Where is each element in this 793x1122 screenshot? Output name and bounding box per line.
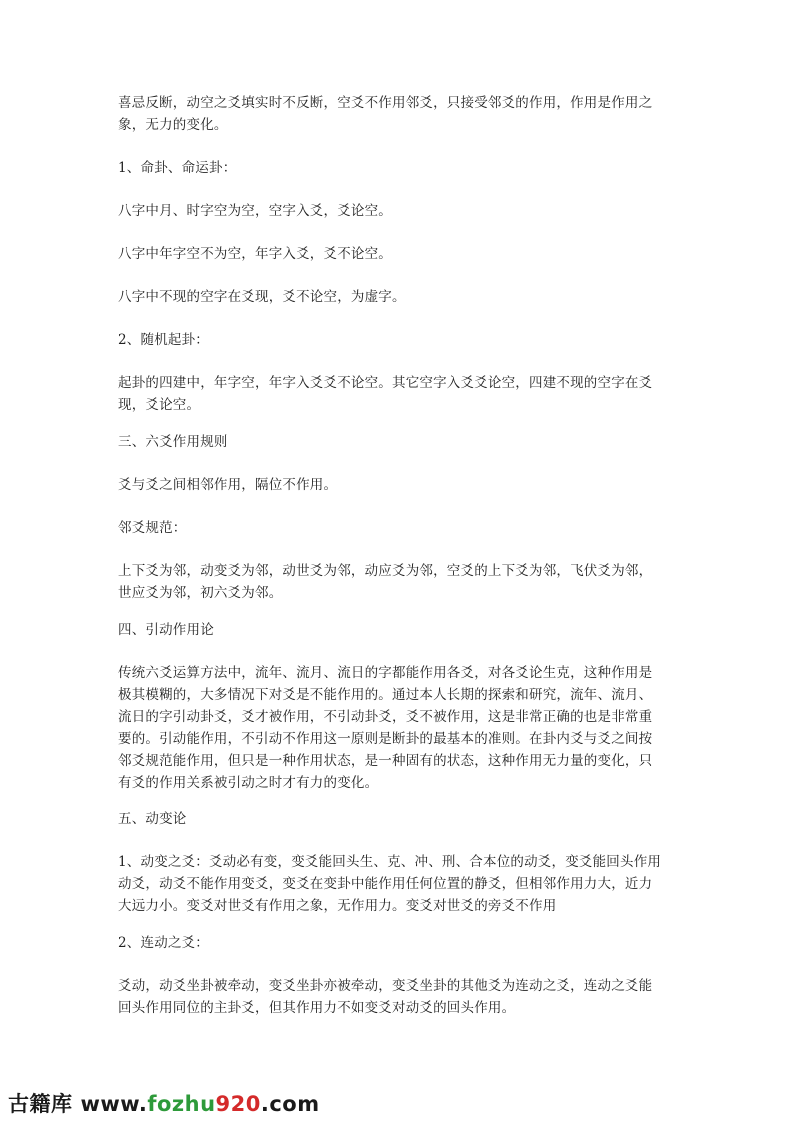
paragraph-line: 有爻的作用关系被引动之时才有力的变化。 <box>118 772 378 794</box>
subheading: 1、命卦、命运卦： <box>118 157 236 179</box>
paragraph-line: 象，无力的变化。 <box>118 114 228 136</box>
paragraph-line: 世应爻为邻，初六爻为邻。 <box>118 582 282 604</box>
section-heading: 四、引动作用论 <box>118 619 214 641</box>
paragraph-line: 起卦的四建中，年字空，年字入爻爻不论空。其它空字入爻爻论空，四建不现的空字在爻 <box>118 372 652 394</box>
watermark-url-suffix: .com <box>261 1092 320 1116</box>
subheading: 2、连动之爻： <box>118 932 209 954</box>
paragraph-line: 爻动，动爻坐卦被牵动，变爻坐卦亦被牵动，变爻坐卦的其他爻为连动之爻，连动之爻能 <box>118 975 652 997</box>
paragraph-line: 八字中不现的空字在爻现，爻不论空，为虚字。 <box>118 286 406 308</box>
watermark-url-green: fozhu <box>147 1092 215 1116</box>
paragraph-line: 回头作用同位的主卦爻，但其作用力不如变爻对动爻的回头作用。 <box>118 997 515 1019</box>
subheading: 2、随机起卦： <box>118 329 209 351</box>
section-heading: 五、动变论 <box>118 808 187 830</box>
paragraph-line: 传统六爻运算方法中，流年、流月、流日的字都能作用各爻，对各爻论生克，这种作用是 <box>118 662 652 684</box>
watermark-url-red: 920 <box>216 1092 261 1116</box>
paragraph-line: 八字中年字空不为空，年字入爻，爻不论空。 <box>118 243 392 265</box>
paragraph-line: 邻爻规范能作用，但只是一种作用状态，是一种固有的状态，这种作用无力量的变化，只 <box>118 750 652 772</box>
paragraph-line: 极其模糊的，大多情况下对爻是不能作用的。通过本人长期的探索和研究，流年、流月、 <box>118 684 652 706</box>
paragraph-line: 喜忌反断，动空之爻填实时不反断，空爻不作用邻爻，只接受邻爻的作用，作用是作用之 <box>118 92 652 114</box>
watermark-url-prefix: www. <box>81 1092 148 1116</box>
paragraph-line: 1、动变之爻：爻动必有变，变爻能回头生、克、冲、刑、合本位的动爻，变爻能回头作用 <box>118 851 661 873</box>
section-heading: 三、六爻作用规则 <box>118 431 228 453</box>
paragraph-line: 流日的字引动卦爻，爻才被作用，不引动卦爻，爻不被作用，这是非常正确的也是非常重 <box>118 706 652 728</box>
site-watermark: 古籍库www.fozhu920.com <box>8 1088 320 1118</box>
watermark-site-name: 古籍库 <box>8 1092 73 1116</box>
paragraph-line: 动爻，动爻不能作用变爻，变爻在变卦中能作用任何位置的静爻，但相邻作用力大，近力 <box>118 873 652 895</box>
paragraph-line: 现，爻论空。 <box>118 394 200 416</box>
paragraph-line: 爻与爻之间相邻作用，隔位不作用。 <box>118 474 337 496</box>
subheading: 邻爻规范： <box>118 517 187 539</box>
paragraph-line: 上下爻为邻，动变爻为邻，动世爻为邻，动应爻为邻，空爻的上下爻为邻，飞伏爻为邻， <box>118 560 652 582</box>
paragraph-line: 要的。引动能作用，不引动不作用这一原则是断卦的最基本的准则。在卦内爻与爻之间按 <box>118 728 652 750</box>
paragraph-line: 大远力小。变爻对世爻有作用之象，无作用力。变爻对世爻的旁爻不作用 <box>118 895 556 917</box>
paragraph-line: 八字中月、时字空为空，空字入爻，爻论空。 <box>118 200 392 222</box>
